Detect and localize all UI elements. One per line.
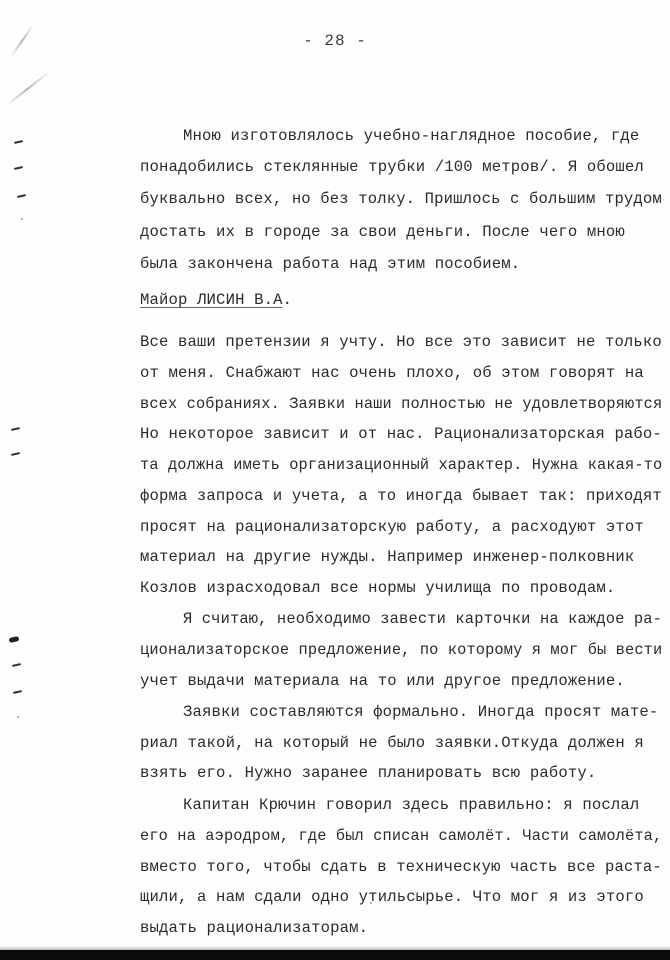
speaker-suffix: . [283, 291, 293, 309]
text-line: Все ваши претензии я учту. Но все это за… [140, 332, 662, 352]
text-line: Заявки составляются формально. Иногда пр… [183, 702, 658, 722]
scan-border [0, 950, 670, 960]
text-line: Но некоторое зависит и от нас. Рационали… [140, 424, 662, 444]
margin-mark [17, 194, 26, 198]
text-line: Я считаю, необходимо завести карточки на… [183, 609, 662, 629]
speaker-name: Майор ЛИСИН В.А [140, 291, 283, 309]
text-line: учет выдачи материала на то или другое п… [140, 671, 625, 691]
margin-mark [14, 140, 23, 144]
document-page: - 28 - Мною изготовлялось учебно-наглядн… [0, 0, 670, 960]
text-line: Капитан Крючин говорил здесь правильно: … [183, 795, 639, 815]
text-line: форма запроса и учета, а то иногда бывае… [140, 486, 662, 506]
text-line: материал на другие нужды. Например инжен… [140, 547, 634, 567]
text-line: риал такой, на который не было заявки.От… [140, 733, 644, 753]
margin-mark [12, 663, 21, 667]
text-line: буквально всех, но без толку. Пришлось с… [140, 189, 662, 209]
margin-mark [13, 690, 22, 694]
speaker-heading: Майор ЛИСИН В.А. [140, 290, 292, 310]
text-line: всех собраниях. Заявки наши полностью не… [140, 394, 662, 414]
text-line: выдать рационализаторам. [140, 918, 368, 938]
text-line: достать их в городе за свои деньги. Посл… [140, 222, 625, 242]
text-line: щили, а нам сдали одно утильсырье. Что м… [140, 887, 644, 907]
text-line: понадобились стеклянные трубки /100 метр… [140, 157, 644, 177]
text-line: Козлов израсходовал все нормы училища по… [140, 578, 615, 598]
margin-mark [9, 636, 20, 643]
margin-mark [11, 452, 20, 456]
text-line: вместо того, чтобы сдать в техническую ч… [140, 857, 662, 877]
text-line: была закончена работа над этим пособием. [140, 254, 520, 274]
margin-mark [14, 166, 23, 170]
margin-mark [21, 218, 23, 220]
scan-streak [5, 71, 50, 106]
margin-mark [17, 716, 19, 718]
margin-mark [11, 427, 20, 431]
text-line: его на аэродром, где был списан самолёт.… [140, 826, 662, 846]
text-line: просят на рационализаторскую работу, а р… [140, 517, 644, 537]
text-line: взять его. Нужно заранее планировать всю… [140, 763, 596, 783]
text-line: Мною изготовлялось учебно-наглядное посо… [183, 126, 639, 146]
text-line: та должна иметь организационный характер… [140, 455, 662, 475]
page-number: - 28 - [0, 32, 670, 50]
text-line: ционализаторское предложение, по котором… [140, 640, 662, 660]
text-line: от меня. Снабжают нас очень плохо, об эт… [140, 363, 644, 383]
